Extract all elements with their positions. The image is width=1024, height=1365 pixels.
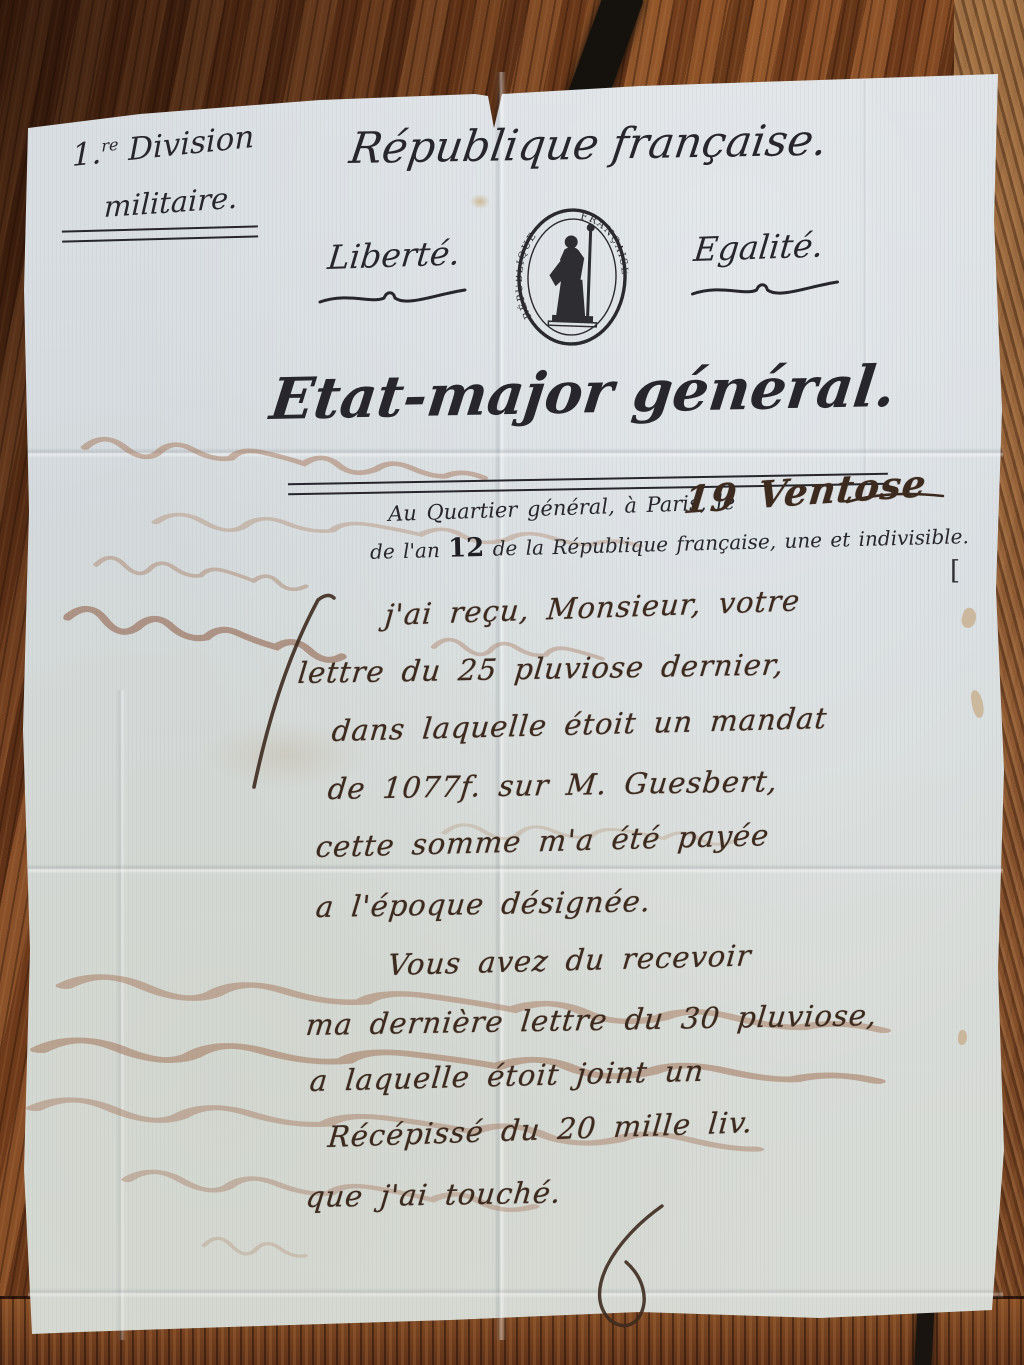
- svg-text:RÉPUBLIQUE: RÉPUBLIQUE: [514, 230, 540, 321]
- letter-paper-sheet: [20, 70, 1010, 1342]
- seal-right-text: FRANÇAISE: [578, 211, 631, 277]
- republique-francaise-seal: RÉPUBLIQUE FRANÇAISE: [514, 204, 631, 350]
- dateline-printed-2a: de l'an: [370, 538, 440, 564]
- handwritten-line: que j'ai touché.: [304, 1176, 563, 1215]
- republic-title: République française.: [346, 116, 830, 174]
- liberte-label: Liberté.: [326, 233, 462, 277]
- margin-bracket-mark: [: [950, 556, 960, 586]
- division-number: 1.: [72, 135, 101, 174]
- page-title: Etat-major général.: [264, 353, 902, 433]
- seal-left-text: RÉPUBLIQUE: [514, 230, 540, 321]
- division-ordinal: re: [101, 135, 118, 156]
- svg-text:FRANÇAISE: FRANÇAISE: [578, 211, 631, 277]
- egalite-underline-swash: [688, 276, 843, 302]
- egalite-label: Egalité.: [692, 225, 825, 269]
- liberty-figure-icon: [548, 223, 600, 327]
- photo-of-letter: 1.re Division militaire. République fran…: [0, 0, 1024, 1365]
- handwritten-year: 12: [448, 533, 485, 564]
- handwritten-line: a l'époque désignée.: [314, 884, 653, 924]
- liberte-underline-swash: [318, 284, 468, 310]
